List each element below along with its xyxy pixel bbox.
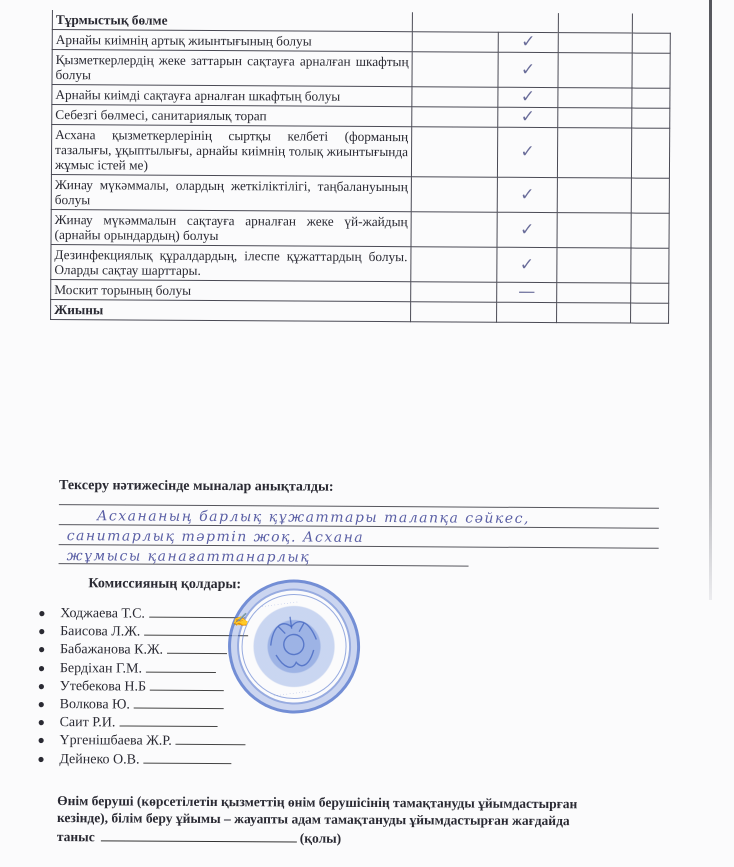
member-signature-field[interactable] (134, 695, 224, 709)
total-cell[interactable] (557, 303, 631, 323)
empty-assessment-cell[interactable] (411, 177, 497, 213)
commission-members-list: ●Ходжаева Т.С.●Баисова Л.Ж.●Бабажанова К… (33, 604, 248, 769)
empty-assessment-cell[interactable] (412, 87, 498, 108)
compliance-mark-cell[interactable]: ✓ (498, 87, 558, 107)
criterion-text: Арнайы киімнің артық жиынтығының болуы (52, 30, 412, 52)
criterion-text: Арнайы киімді сақтауға арналған шкафтың … (52, 85, 412, 107)
findings-title: Тексеру нәтижесінде мыналар анықталды: (59, 478, 334, 496)
signature-suffix: (қолы) (300, 831, 342, 846)
empty-cell (498, 13, 558, 33)
empty-assessment-cell[interactable] (558, 53, 632, 88)
empty-assessment-cell[interactable] (631, 283, 669, 303)
empty-assessment-cell[interactable] (631, 178, 669, 213)
compliance-mark-cell[interactable]: ✓ (497, 177, 557, 212)
criterion-text: Қызметкерлердің жеке заттарын сақтауға а… (52, 50, 412, 87)
empty-assessment-cell[interactable] (411, 212, 497, 248)
member-name: Саит Р.И. (60, 715, 116, 730)
empty-assessment-cell[interactable] (632, 33, 670, 53)
bullet-icon: ● (38, 677, 45, 695)
commission-member: ●Дейнеко О.В. (33, 749, 247, 768)
empty-assessment-cell[interactable] (557, 283, 631, 303)
total-label: Жиыны (51, 300, 411, 322)
criterion-text: Асхана қызметкерлерінің сыртқы келбеті (… (51, 125, 411, 177)
document-sheet: Тұрмыстық бөлме Арнайы киімнің артық жиы… (0, 0, 734, 867)
empty-assessment-cell[interactable] (557, 248, 631, 283)
member-signature-field[interactable] (176, 732, 246, 745)
section-title: Тұрмыстық бөлме (52, 10, 412, 32)
total-cell[interactable] (497, 302, 557, 322)
compliance-mark-cell[interactable]: ✓ (497, 127, 557, 177)
findings-handwritten-line: санитарлық тәртіп жоқ. Асхана (67, 528, 365, 546)
checklist-row: Қызметкерлердің жеке заттарын сақтауға а… (52, 50, 670, 89)
member-name: Баисова Л.Ж. (60, 624, 140, 639)
empty-assessment-cell[interactable] (412, 107, 498, 128)
member-signature-field[interactable] (167, 641, 227, 654)
commission-member: ●Утебекова Н.Б (34, 677, 248, 696)
member-signature-field[interactable] (119, 714, 217, 728)
member-signature-field[interactable] (146, 659, 216, 672)
checklist-row: Жинау мүкәммалы, олардың жеткіліктілігі,… (51, 175, 669, 214)
criterion-text: Жинау мүкәммалын сақтауға арналған жеке … (51, 210, 411, 247)
acquainted-label: таныс (57, 829, 95, 844)
empty-assessment-cell[interactable] (412, 32, 498, 53)
bullet-icon: ● (38, 713, 45, 731)
empty-assessment-cell[interactable] (411, 282, 497, 303)
member-name: Ходжаева Т.С. (60, 606, 145, 622)
checklist-row: Дезинфекциялық құралдардың, ілеспе құжат… (51, 245, 669, 284)
signature-field[interactable] (101, 828, 297, 842)
commission-member: ●Үргенішбаева Ж.Р. (33, 731, 247, 750)
member-name: Бабажанова К.Ж. (60, 642, 163, 658)
empty-assessment-cell[interactable] (631, 248, 669, 283)
empty-assessment-cell[interactable] (558, 108, 632, 128)
member-signature-field[interactable] (150, 677, 224, 690)
empty-assessment-cell[interactable] (557, 213, 631, 248)
compliance-mark-cell[interactable]: ✓ (497, 212, 557, 247)
compliance-mark-cell[interactable]: ✓ (498, 32, 558, 52)
checklist-row: Асхана қызметкерлерінің сыртқы келбеті (… (51, 125, 669, 179)
commission-title: Комиссияның қолдары: (88, 576, 241, 593)
empty-assessment-cell[interactable] (558, 33, 632, 53)
compliance-mark-cell[interactable]: ✓ (498, 52, 558, 87)
bullet-icon: ● (38, 622, 45, 640)
empty-cell (558, 13, 632, 33)
criterion-text: Дезинфекциялық құралдардың, ілеспе құжат… (51, 245, 411, 282)
findings-handwritten-line: Асхананың барлық құжаттары талапқа сәйке… (97, 508, 530, 527)
commission-member: ●Бабажанова К.Ж. (34, 640, 248, 659)
bullet-icon: ● (38, 604, 45, 622)
commission-member: ●Саит Р.И. (34, 713, 248, 732)
svg-text:· · · · · · · · · · · ·: · · · · · · · · · · · · (261, 600, 298, 611)
member-name: Волкова Ю. (60, 697, 130, 712)
empty-assessment-cell[interactable] (558, 88, 632, 108)
compliance-mark-cell[interactable]: ✓ (497, 247, 557, 282)
empty-assessment-cell[interactable] (412, 52, 498, 88)
checklist-table: Тұрмыстық бөлме Арнайы киімнің артық жиы… (50, 10, 671, 324)
criterion-text: Москит торының болуы (51, 280, 411, 302)
empty-assessment-cell[interactable] (632, 53, 670, 88)
total-cell[interactable] (631, 303, 669, 323)
empty-assessment-cell[interactable] (557, 128, 631, 178)
empty-assessment-cell[interactable] (632, 88, 670, 108)
seal-emblem-icon: · · · · · · · · · · · · · · · · · · · · … (223, 575, 365, 719)
commission-member: ●Баисова Л.Ж. (34, 622, 248, 641)
empty-assessment-cell[interactable] (411, 127, 497, 178)
total-cell[interactable] (411, 302, 497, 323)
commission-member: ●Волкова Ю. (34, 695, 248, 714)
compliance-mark-cell[interactable]: ✓ (498, 107, 558, 127)
bullet-icon: ● (38, 695, 45, 713)
empty-cell (632, 14, 670, 34)
member-signature-field[interactable] (144, 750, 232, 764)
empty-cell (412, 12, 498, 32)
commission-member: ●Бердіхан Г.М. (34, 658, 248, 677)
bullet-icon: ● (37, 731, 44, 749)
criterion-text: Себезгі бөлмесі, санитариялық торап (52, 105, 412, 127)
member-name: Үргенішбаева Ж.Р. (59, 733, 171, 749)
official-seal-stamp: · · · · · · · · · · · · · · · · · · · · … (220, 571, 369, 721)
member-name: Утебекова Н.Б (60, 679, 146, 695)
acknowledgement-paragraph: Өнім беруші (көрсетілетін қызметтің өнім… (57, 792, 665, 830)
checklist-row: Жинау мүкәммалын сақтауға арналған жеке … (51, 210, 669, 249)
signature-scribble: ✍ (232, 613, 248, 628)
bullet-icon: ● (37, 749, 44, 767)
findings-handwritten-line: жұмысы қанағаттанарлық (67, 548, 311, 565)
empty-assessment-cell[interactable] (631, 213, 669, 248)
empty-assessment-cell[interactable] (557, 178, 631, 213)
criterion-text: Жинау мүкәммалы, олардың жеткіліктілігі,… (51, 175, 411, 212)
empty-assessment-cell[interactable] (631, 128, 669, 178)
member-name: Дейнеко О.В. (59, 752, 139, 767)
member-name: Бердіхан Г.М. (60, 661, 142, 677)
total-row: Жиыны (51, 300, 669, 324)
acquainted-signature-line: таныс(қолы) (57, 828, 341, 847)
bullet-icon: ● (38, 640, 45, 658)
empty-assessment-cell[interactable] (411, 247, 497, 283)
commission-member: ●Ходжаева Т.С. (34, 604, 248, 623)
compliance-mark-cell[interactable]: — (497, 282, 557, 302)
empty-assessment-cell[interactable] (632, 108, 670, 128)
bullet-icon: ● (38, 659, 45, 677)
